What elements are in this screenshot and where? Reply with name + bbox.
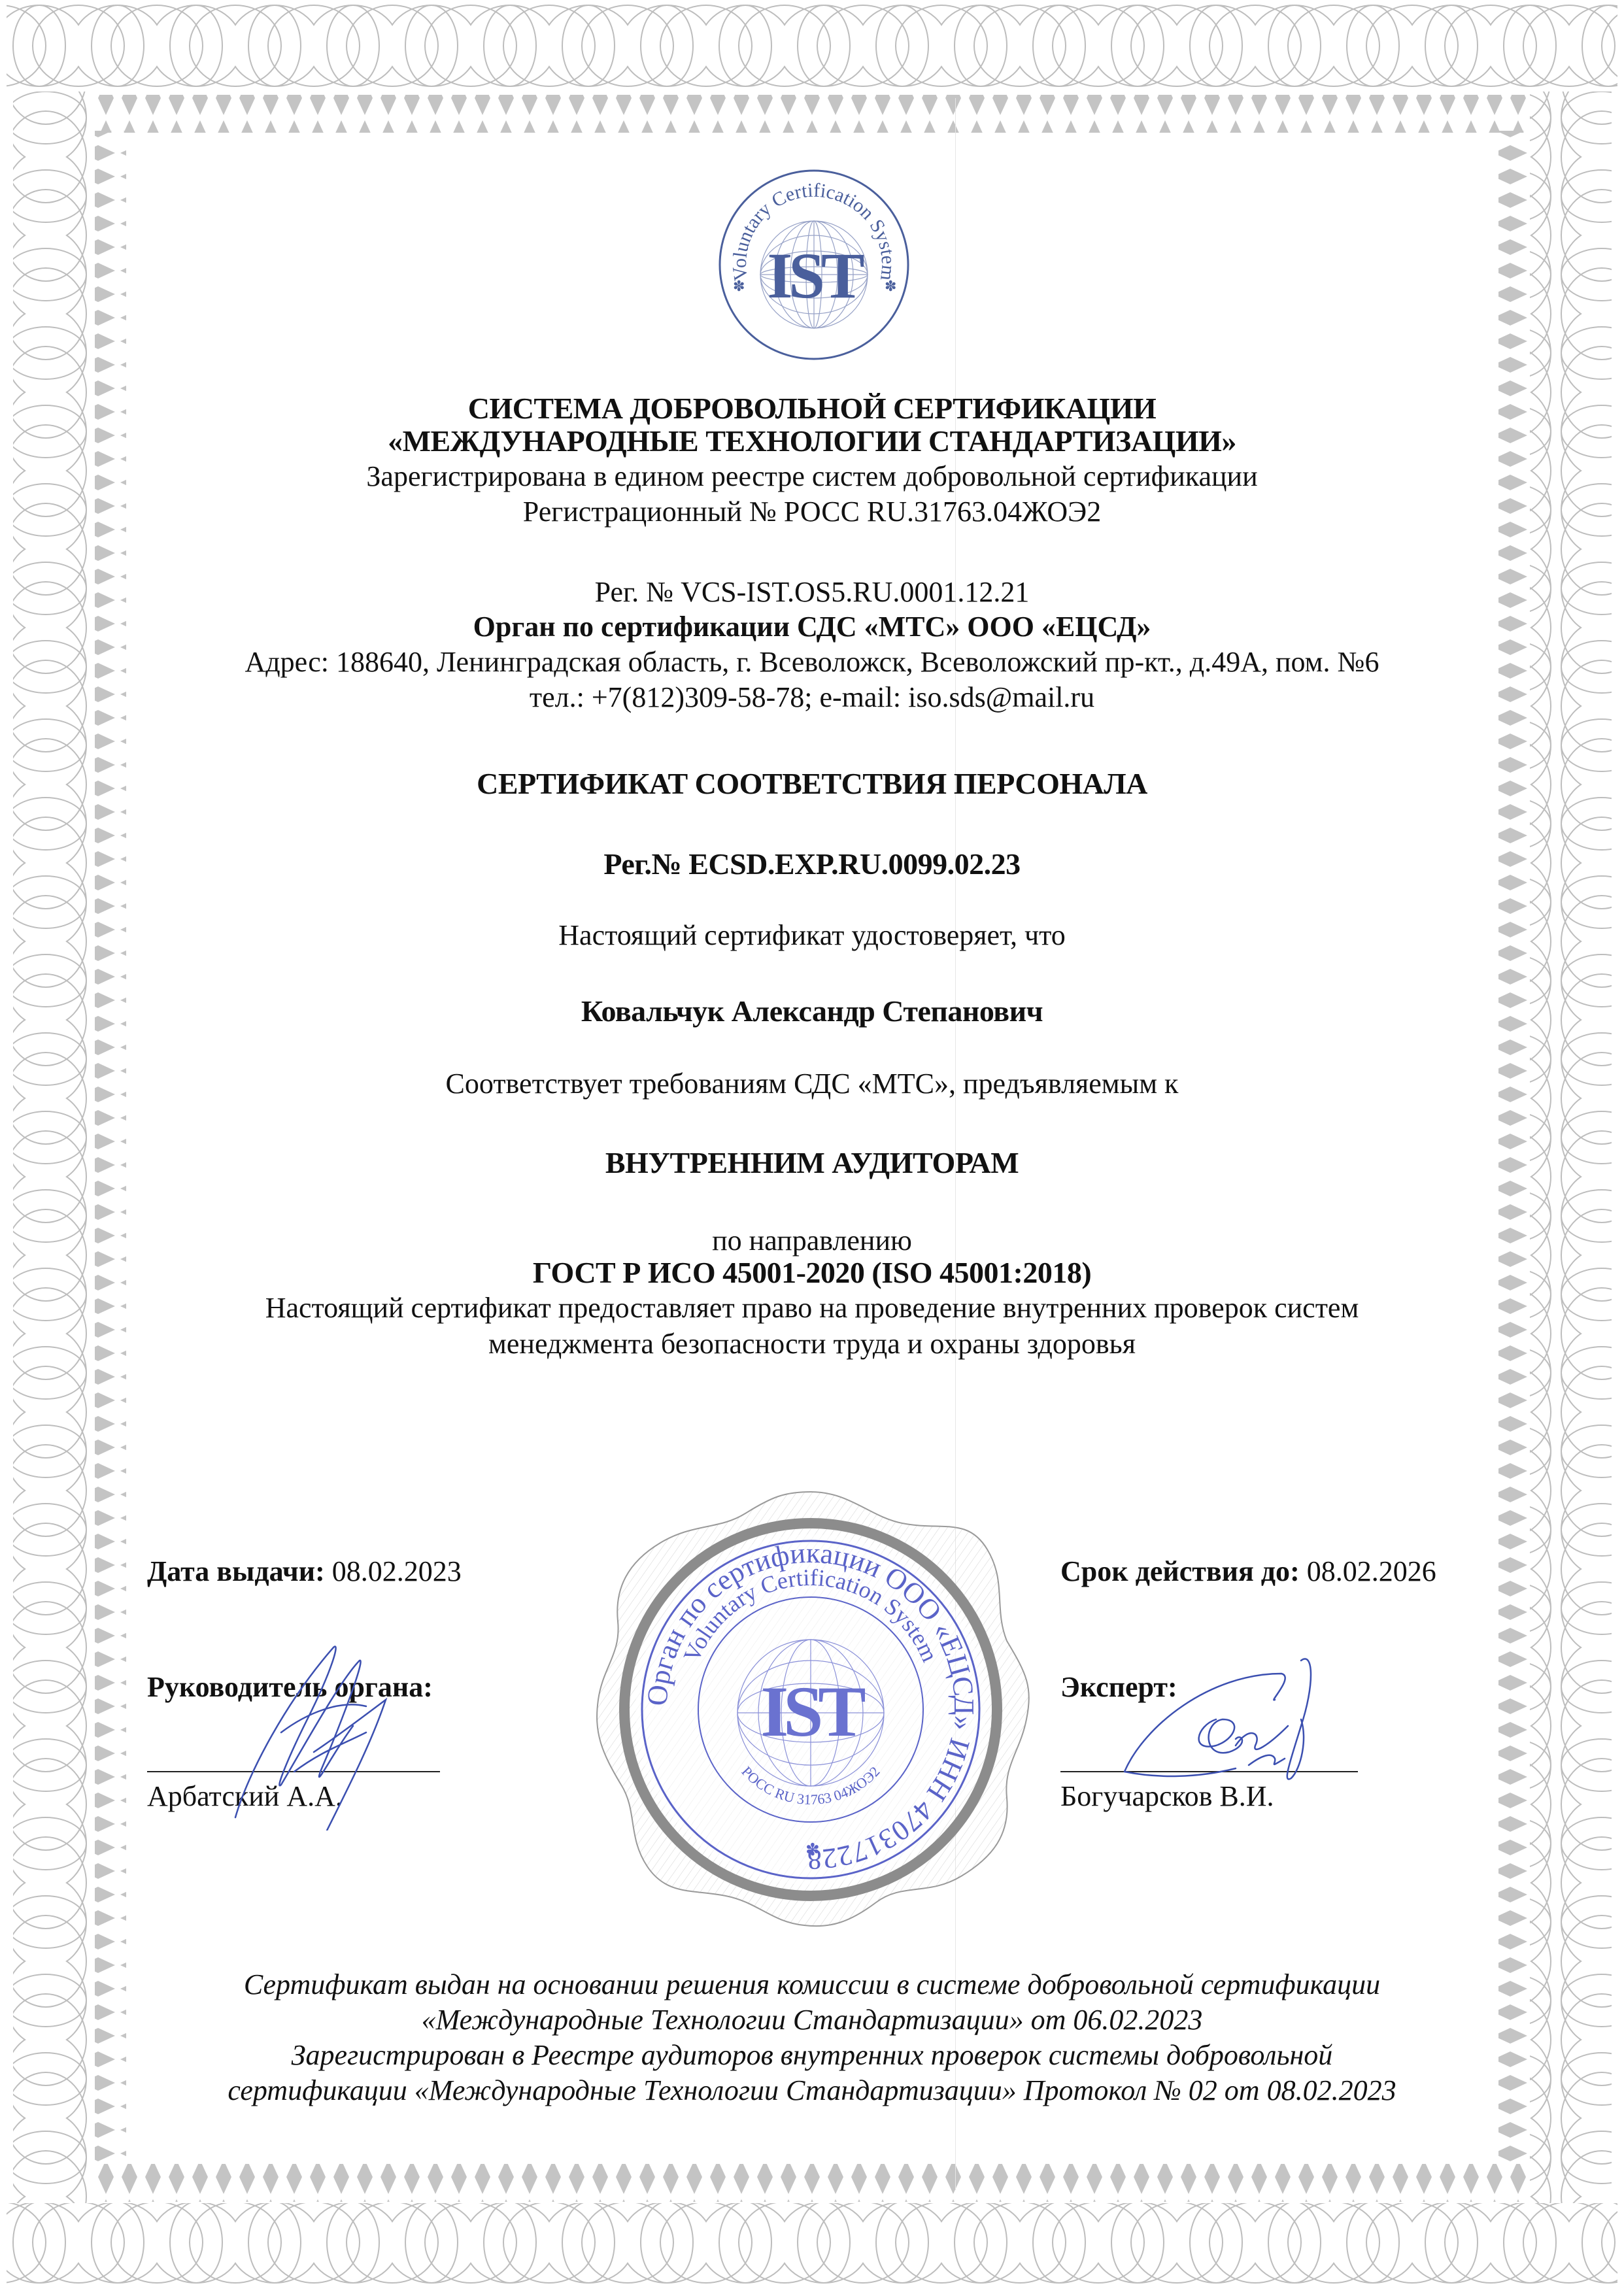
issue-date-value: 08.02.2023	[332, 1555, 462, 1587]
certificate-title: СЕРТИФИКАТ СООТВЕТСТВИЯ ПЕРСОНАЛА	[0, 766, 1624, 801]
scope-line1: Настоящий сертификат предоставляет право…	[0, 1291, 1624, 1324]
footer-line4: сертификации «Международные Технологии С…	[0, 2074, 1624, 2107]
valid-until: Срок действия до: 08.02.2026	[1060, 1555, 1436, 1588]
registry-number: Регистрационный № РОСС RU.31763.04ЖОЭ2	[0, 495, 1624, 528]
standard-name: ГОСТ Р ИСО 45001-2020 (ISO 45001:2018)	[0, 1255, 1624, 1290]
body-contacts: тел.: +7(812)309-58-78; e-mail: iso.sds@…	[0, 681, 1624, 714]
direction-label: по направлению	[0, 1224, 1624, 1257]
seal-stamp: Орган по сертификации ООО «ЕЦСД» ИНН 470…	[575, 1477, 1046, 1935]
valid-until-value: 08.02.2026	[1307, 1555, 1436, 1587]
svg-text:IST: IST	[767, 239, 864, 312]
svg-text:✽: ✽	[885, 278, 896, 294]
certificate-reg-number: Рег.№ ECSD.EXP.RU.0099.02.23	[0, 847, 1624, 881]
system-title-line1: СИСТЕМА ДОБРОВОЛЬНОЙ СЕРТИФИКАЦИИ	[0, 391, 1624, 426]
valid-until-label: Срок действия до	[1060, 1555, 1290, 1587]
issue-date: Дата выдачи: 08.02.2023	[147, 1555, 462, 1588]
svg-text:✽: ✽	[805, 1840, 820, 1859]
expert-signature-icon	[1105, 1647, 1353, 1791]
head-signature-icon	[209, 1621, 405, 1830]
body-org-name: Орган по сертификации СДС «МТС» ООО «ЕЦС…	[0, 610, 1624, 643]
issue-date-label: Дата выдачи	[147, 1555, 315, 1587]
registry-line: Зарегистрирована в едином реестре систем…	[0, 460, 1624, 493]
body-reg-number: Рег. № VCS-IST.OS5.RU.0001.12.21	[0, 575, 1624, 609]
footer-line1: Сертификат выдан на основании решения ко…	[0, 1968, 1624, 2001]
complies-text: Соответствует требованиям СДС «МТС», пре…	[0, 1067, 1624, 1100]
footer-line2: «Международные Технологии Стандартизации…	[0, 2003, 1624, 2036]
holder-name: Ковальчук Александр Степанович	[0, 994, 1624, 1028]
ist-logo-icon: Voluntary Certification System IST ✽ ✽	[716, 167, 912, 363]
role-title: ВНУТРЕННИМ АУДИТОРАМ	[0, 1145, 1624, 1180]
certifies-text: Настоящий сертификат удостоверяет, что	[0, 919, 1624, 952]
scope-line2: менеджмента безопасности труда и охраны …	[0, 1327, 1624, 1360]
svg-text:IST: IST	[760, 1672, 865, 1751]
system-title-line2: «МЕЖДУНАРОДНЫЕ ТЕХНОЛОГИИ СТАНДАРТИЗАЦИИ…	[0, 424, 1624, 458]
body-address: Адрес: 188640, Ленинградская область, г.…	[0, 645, 1624, 679]
svg-text:✽: ✽	[733, 278, 745, 294]
footer-line3: Зарегистрирован в Реестре аудиторов внут…	[0, 2038, 1624, 2072]
certificate-page: Voluntary Certification System IST ✽ ✽ С…	[0, 0, 1624, 2294]
